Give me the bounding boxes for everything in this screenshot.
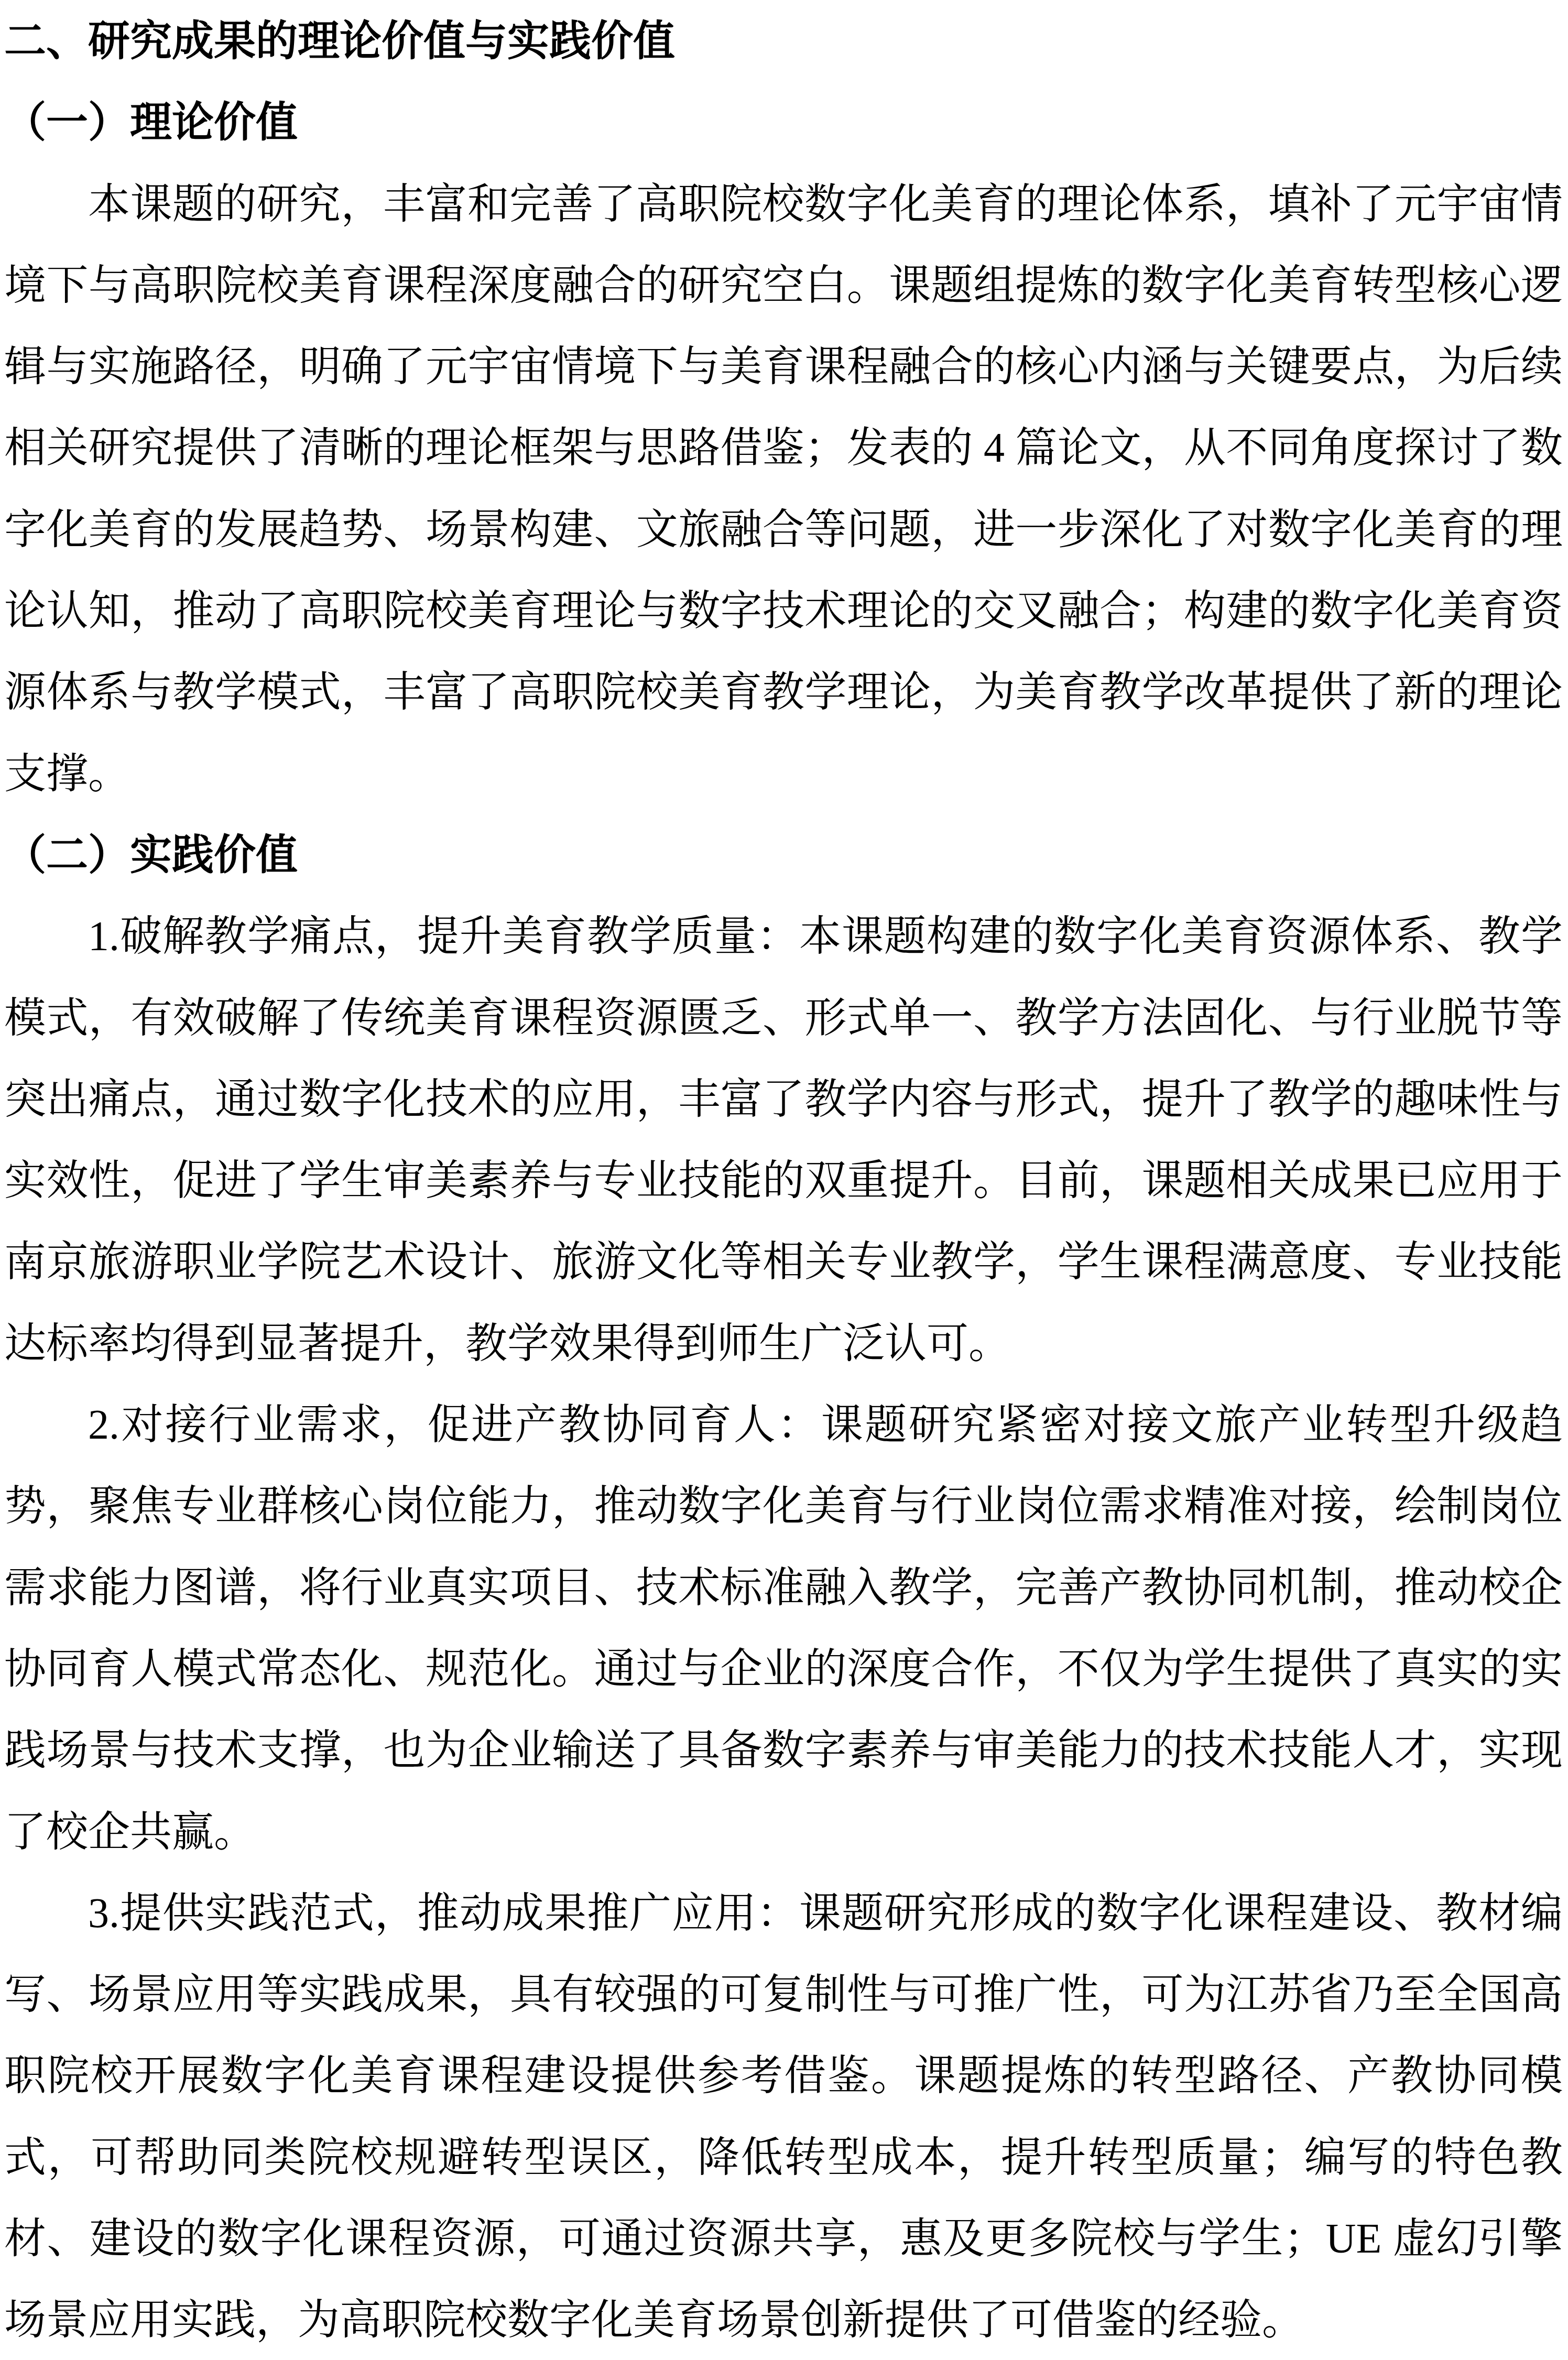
paragraph-theoretical-value: 本课题的研究，丰富和完善了高职院校数字化美育的理论体系，填补了元宇宙情境下与高职… — [4, 164, 1563, 815]
document-title: 二、研究成果的理论价值与实践价值 — [4, 1, 1563, 82]
document-page: 二、研究成果的理论价值与实践价值 （一）理论价值 本课题的研究，丰富和完善了高职… — [0, 0, 1568, 2360]
paragraph-practical-value-1: 1.破解教学痛点，提升美育教学质量：本课题构建的数字化美育资源体系、教学模式，有… — [4, 896, 1563, 1385]
section-heading-theoretical-value: （一）理论价值 — [4, 82, 1563, 164]
paragraph-practical-value-3: 3.提供实践范式，推动成果推广应用：课题研究形成的数字化课程建设、教材编写、场景… — [4, 1873, 1563, 2360]
section-heading-practical-value: （二）实践价值 — [4, 815, 1563, 896]
paragraph-practical-value-2: 2.对接行业需求，促进产教协同育人：课题研究紧密对接文旅产业转型升级趋势，聚焦专… — [4, 1385, 1563, 1873]
